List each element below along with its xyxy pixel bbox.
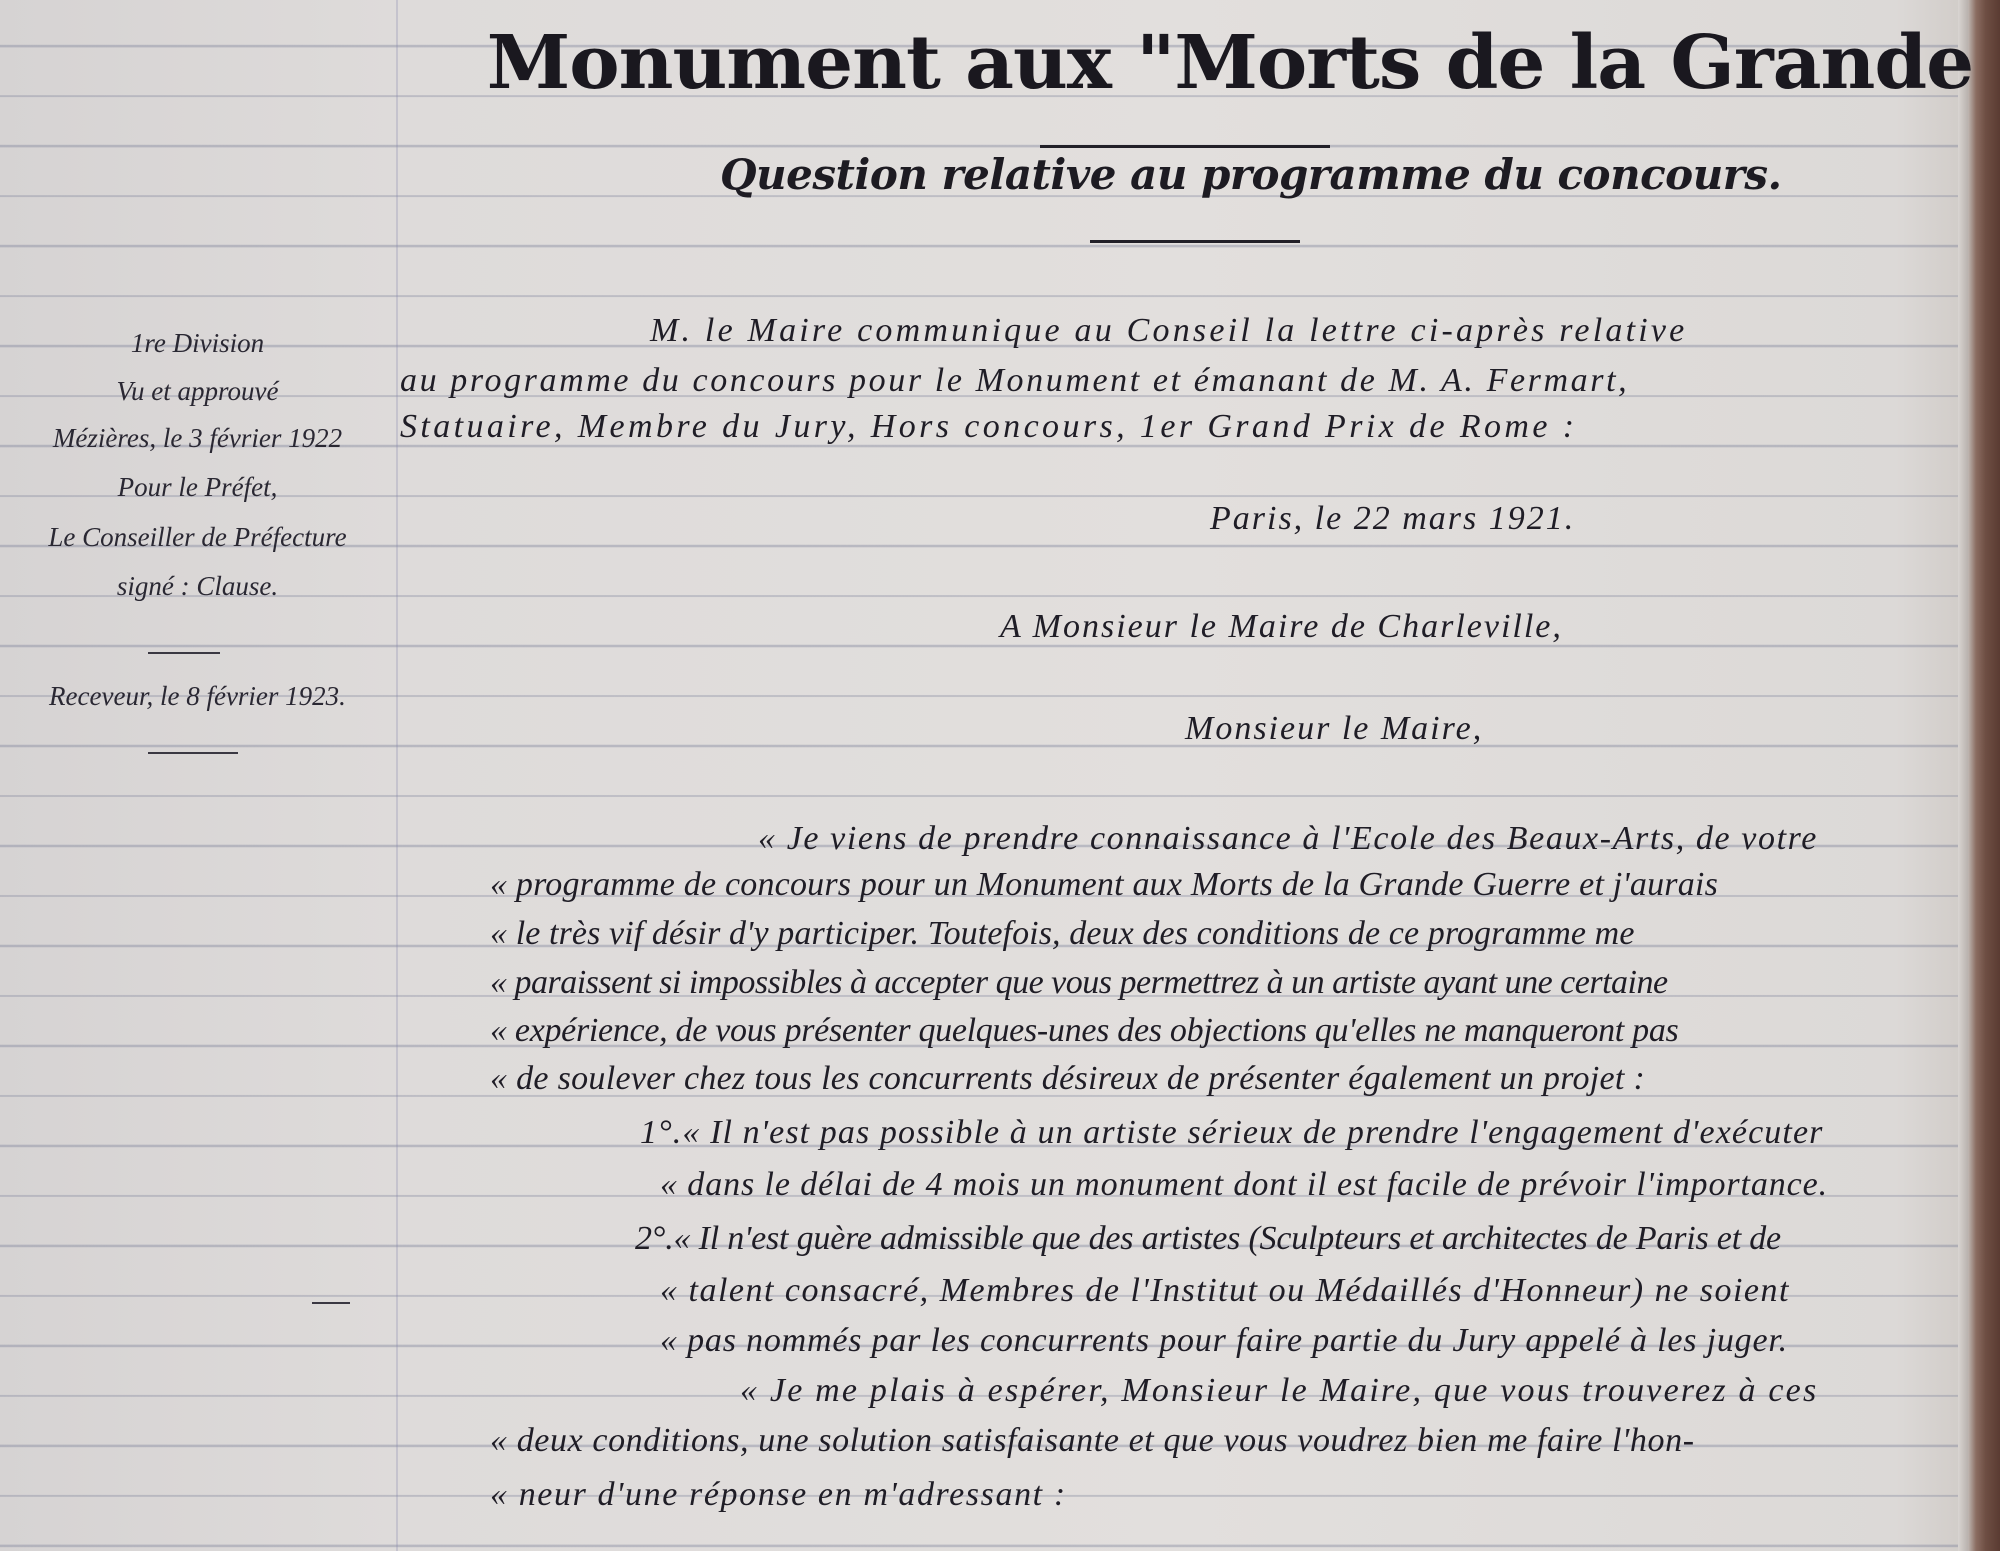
letter-line: « Je me plais à espérer, Monsieur le Mai…: [740, 1372, 1818, 1410]
intro-line: au programme du concours pour le Monumen…: [400, 362, 1629, 400]
subtitle-divider: [1090, 240, 1300, 243]
letter-line: « pas nommés par les concurrents pour fa…: [660, 1322, 1788, 1360]
letter-line: « dans le délai de 4 mois un monument do…: [660, 1166, 1828, 1204]
letter-line: « paraissent si impossibles à accepter q…: [490, 964, 1668, 1002]
margin-place-date: Mézières, le 3 février 1922: [20, 423, 375, 454]
letter-line: « de soulever chez tous les concurrents …: [490, 1060, 1645, 1098]
page-title: Monument aux "Morts de la Grande Guerre"…: [487, 20, 2000, 106]
letter-addressee: A Monsieur le Maire de Charleville,: [1000, 608, 1563, 646]
letter-line: « expérience, de vous présenter quelques…: [490, 1012, 1679, 1050]
ruled-lines: [0, 0, 1975, 1551]
letter-line: « Je viens de prendre connaissance à l'E…: [758, 820, 1818, 858]
intro-line: Statuaire, Membre du Jury, Hors concours…: [400, 408, 1578, 446]
title-divider: [1040, 145, 1330, 148]
letter-line: « programme de concours pour un Monument…: [490, 866, 1718, 904]
margin-councillor: Le Conseiller de Préfecture: [20, 522, 375, 553]
book-binding: [1968, 0, 2000, 1551]
margin-signature: signé : Clause.: [20, 571, 375, 602]
margin-prefect: Pour le Préfet,: [20, 472, 375, 503]
margin-approval: Vu et approuvé: [20, 376, 375, 407]
letter-place-date: Paris, le 22 mars 1921.: [1210, 500, 1575, 538]
margin-divider: [148, 652, 220, 654]
margin-division: 1re Division: [20, 328, 375, 359]
margin-line: [396, 0, 398, 1551]
intro-line: M. le Maire communique au Conseil la let…: [650, 312, 1687, 350]
margin-stray-mark: [312, 1302, 350, 1304]
register-page: [0, 0, 1975, 1551]
margin-divider: [148, 752, 238, 754]
letter-line: « le très vif désir d'y participer. Tout…: [490, 915, 1635, 953]
letter-line: « deux conditions, une solution satisfai…: [490, 1422, 1695, 1460]
page-subtitle: Question relative au programme du concou…: [720, 150, 1782, 199]
letter-line: « talent consacré, Membres de l'Institut…: [660, 1272, 1790, 1310]
letter-line: 2°.« Il n'est guère admissible que des a…: [635, 1220, 1781, 1258]
page-edge: [1958, 0, 1968, 1551]
margin-received: Receveur, le 8 février 1923.: [20, 681, 375, 712]
letter-salutation: Monsieur le Maire,: [1185, 710, 1483, 748]
letter-line: 1°.« Il n'est pas possible à un artiste …: [640, 1114, 1823, 1152]
letter-line: « neur d'une réponse en m'adressant :: [490, 1476, 1067, 1514]
